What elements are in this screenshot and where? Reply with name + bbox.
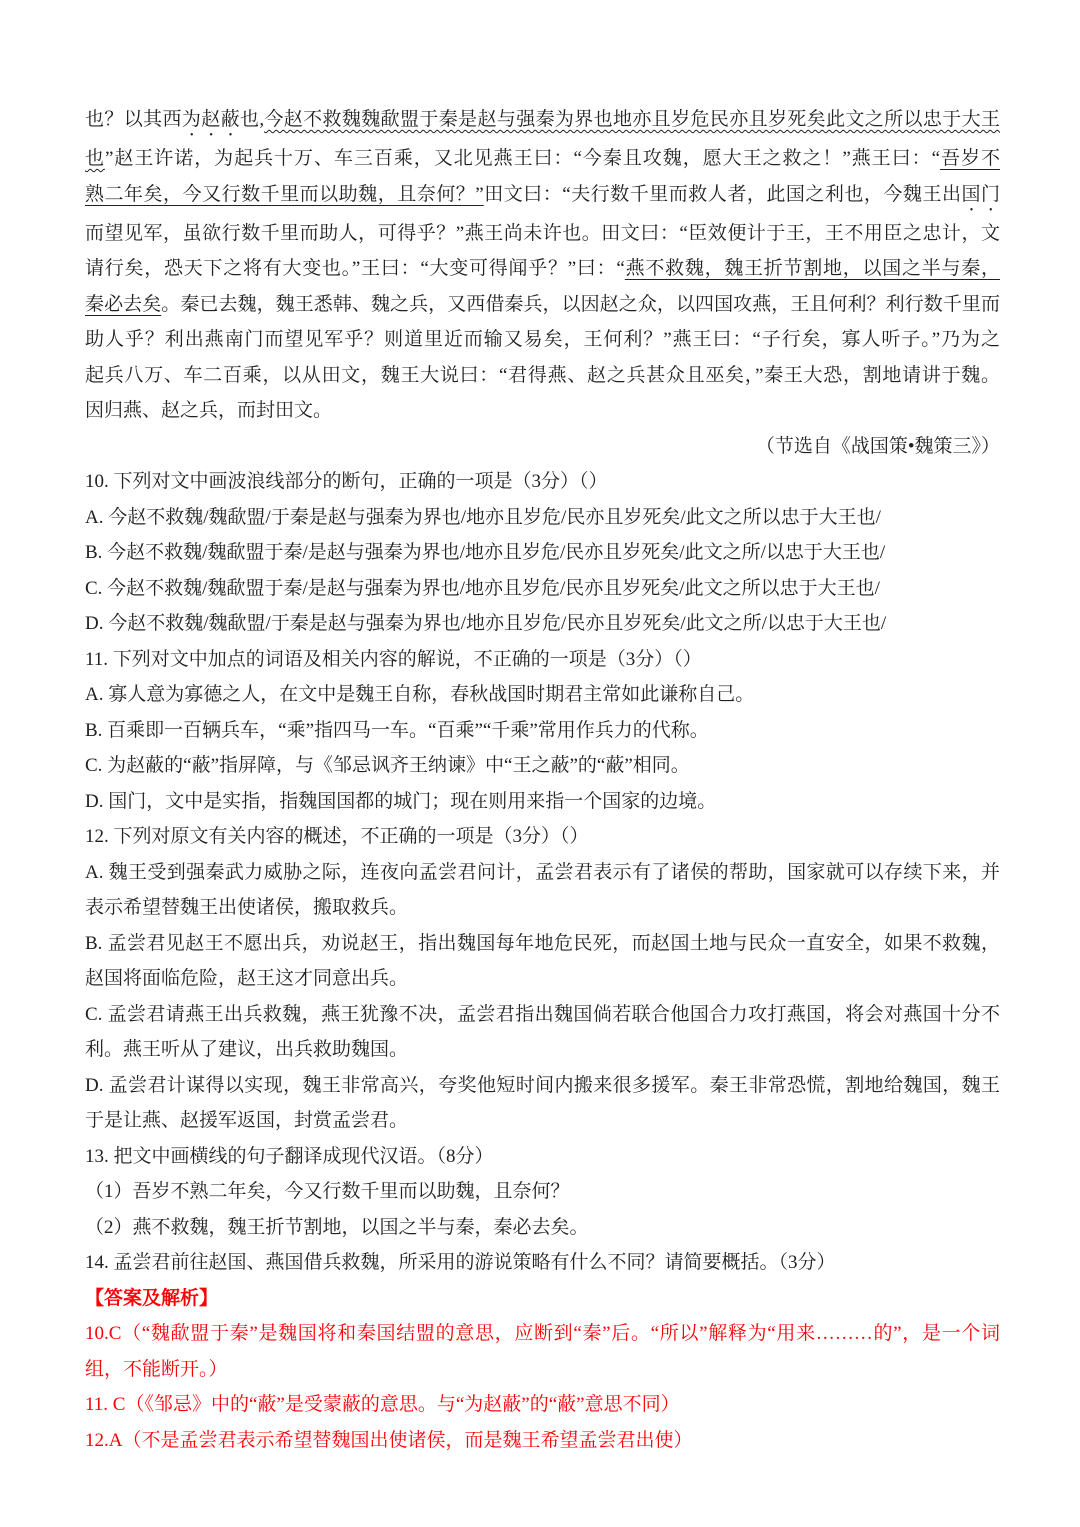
question-option: B. 百乘即一百辆兵车，“乘”指四马一车。“百乘”“千乘”常用作兵力的代称。: [85, 713, 1000, 749]
question-option: A. 寡人意为寡德之人，在文中是魏王自称，春秋战国时期君主常如此谦称自己。: [85, 677, 1000, 713]
question-stem: 10. 下列对文中画波浪线部分的断句，正确的一项是（3分）（）: [85, 464, 1000, 500]
question-option: A. 魏王受到强秦武力威胁之际，连夜向孟尝君问计，孟尝君表示有了诸侯的帮助，国家…: [85, 855, 1000, 926]
attribution: （节选自《战国策•魏策三》）: [85, 429, 1000, 465]
content-area: 也？以其西为赵蔽也,今赵不救魏魏歃盟于秦是赵与强秦为界也地亦且岁危民亦且岁死矣此…: [0, 0, 1080, 1458]
question-option: D. 孟尝君计谋得以实现，魏王非常高兴，夸奖他短时间内搬来很多援军。秦王非常恐慌…: [85, 1068, 1000, 1139]
passage-line: 起兵八万、车二百乘，以从田文，魏王大说曰：“君得燕、赵之兵甚众且巫矣，”秦王大恐…: [85, 358, 1000, 394]
underlined-text: 吾岁不: [940, 148, 1000, 169]
wavy-underlined-text: 今赵不救魏魏歃盟于秦是赵与强秦为界也地亦且岁危民亦且岁死矣此文之所以忠于大王: [264, 109, 1000, 130]
answer-item: 10.C（“魏歃盟于秦”是魏国将和秦国结盟的意思，应断到“秦”后。“所以”解释为…: [85, 1316, 1000, 1387]
passage-text: 田文曰：“夫行数千里而救人者，此国之利也，今魏王出: [484, 184, 962, 205]
answer-items: 10.C（“魏歃盟于秦”是魏国将和秦国结盟的意思，应断到“秦”后。“所以”解释为…: [85, 1316, 1000, 1458]
passage-line: 秦必去矣。秦已去魏，魏王悉韩、魏之兵，又西借秦兵，以因赵之众，以四国攻燕，王且何…: [85, 287, 1000, 323]
passage-text: 也？以其西: [85, 109, 182, 130]
passage-text: 也,: [240, 109, 264, 130]
passage-text: 而望见军，虽欲行数千里而助人，可得乎？”燕王尚未许也。田文曰：“臣效便计于王，王…: [85, 223, 1000, 244]
passage-line: 助人乎？利出燕南门而望见军乎？则道里近而输又易矣，王何利？”燕王曰：“子行矣，寡…: [85, 322, 1000, 358]
question-option: D. 国门，文中是实指，指魏国国都的城门；现在则用来指一个国家的边境。: [85, 784, 1000, 820]
question-option: C. 孟尝君请燕王出兵救魏，燕王犹豫不决，孟尝君指出魏国倘若联合他国合力攻打燕国…: [85, 997, 1000, 1068]
passage-line: 也？以其西为赵蔽也,今赵不救魏魏歃盟于秦是赵与强秦为界也地亦且岁危民亦且岁死矣此…: [85, 102, 1000, 141]
passage-line: 因归燕、赵之兵，而封田文。: [85, 393, 1000, 429]
passage: 也？以其西为赵蔽也,今赵不救魏魏歃盟于秦是赵与强秦为界也地亦且岁危民亦且岁死矣此…: [85, 102, 1000, 429]
passage-text: 起兵八万、车二百乘，以从田文，魏王大说曰：“君得燕、赵之兵甚众且巫矣，”秦王大恐…: [85, 365, 1000, 386]
passage-line: 熟二年矣，今又行数千里而以助魏，且奈何？”田文曰：“夫行数千里而救人者，此国之利…: [85, 177, 1000, 216]
answer-item: 11. C（《邹忌》中的“蔽”是受蒙蔽的意思。与“为赵蔽”的“蔽”意思不同）: [85, 1387, 1000, 1423]
question-option: A. 今赵不救魏/魏歃盟/于秦是赵与强秦为界也/地亦且岁危/民亦且岁死矣/此文之…: [85, 500, 1000, 536]
passage-text: 因归燕、赵之兵，而封田文。: [85, 400, 332, 421]
question-option: C. 为赵蔽的“蔽”指屏障，与《邹忌讽齐王纳谏》中“王之蔽”的“蔽”相同。: [85, 748, 1000, 784]
question-option: （1）吾岁不熟二年矣，今又行数千里而以助魏，且奈何？: [85, 1174, 1000, 1210]
question-option: D. 今赵不救魏/魏歃盟/于秦是赵与强秦为界也/地亦且岁危/民亦且岁死矣/此文之…: [85, 606, 1000, 642]
passage-text: 助人乎？利出燕南门而望见军乎？则道里近而输又易矣，王何利？”燕王曰：“子行矣，寡…: [85, 329, 1000, 350]
passage-text: 。秦已去魏，魏王悉韩、魏之兵，又西借秦兵，以因赵之众，以四国攻燕，王且何利？利行…: [161, 294, 1000, 315]
question-block: 11. 下列对文中加点的词语及相关内容的解说，不正确的一项是（3分）（）A. 寡…: [85, 642, 1000, 820]
underlined-text: 秦必去矣: [85, 294, 161, 315]
question-stem: 13. 把文中画横线的句子翻译成现代汉语。（8分）: [85, 1139, 1000, 1175]
question-stem: 11. 下列对文中加点的词语及相关内容的解说，不正确的一项是（3分）（）: [85, 642, 1000, 678]
question-block: 14. 孟尝君前往赵国、燕国借兵救魏，所采用的游说策略有什么不同？请简要概括。（…: [85, 1245, 1000, 1281]
wavy-underlined-text: 也: [85, 148, 105, 169]
question-block: 12. 下列对原文有关内容的概述，不正确的一项是（3分）（）A. 魏王受到强秦武…: [85, 819, 1000, 1139]
passage-text: ”赵王许诺，为起兵十万、车三百乘，又北见燕王曰：“今秦且攻魏，愿大王之救之！”燕…: [105, 148, 940, 169]
underlined-text: 熟二年矣，今又行数千里而以助魏，且奈何？”: [85, 184, 484, 205]
passage-text: 请行矣，恐天下之将有大变也。”王曰：“大变可得闻乎？”曰：“: [85, 258, 625, 279]
answer-item: 12.A（不是孟尝君表示希望替魏国出使诸侯，而是魏王希望孟尝君出使）: [85, 1423, 1000, 1459]
answers-heading: 【答案及解析】: [85, 1281, 1000, 1317]
document-page: 也？以其西为赵蔽也,今赵不救魏魏歃盟于秦是赵与强秦为界也地亦且岁危民亦且岁死矣此…: [0, 0, 1080, 1527]
questions: 10. 下列对文中画波浪线部分的断句，正确的一项是（3分）（）A. 今赵不救魏/…: [85, 464, 1000, 1281]
underlined-text: 燕不救魏，魏王折节割地，以国之半与秦，: [625, 258, 1000, 279]
passage-line: 也”赵王许诺，为起兵十万、车三百乘，又北见燕王曰：“今秦且攻魏，愿大王之救之！”…: [85, 141, 1000, 177]
passage-line: 请行矣，恐天下之将有大变也。”王曰：“大变可得闻乎？”曰：“燕不救魏，魏王折节割…: [85, 251, 1000, 287]
question-stem: 12. 下列对原文有关内容的概述，不正确的一项是（3分）（）: [85, 819, 1000, 855]
question-stem: 14. 孟尝君前往赵国、燕国借兵救魏，所采用的游说策略有什么不同？请简要概括。（…: [85, 1245, 1000, 1281]
dotted-emphasis-text: 为赵蔽: [182, 109, 240, 130]
question-option: （2）燕不救魏，魏王折节割地，以国之半与秦，秦必去矣。: [85, 1210, 1000, 1246]
question-option: B. 今赵不救魏/魏歃盟于秦/是赵与强秦为界也/地亦且岁危/民亦且岁死矣/此文之…: [85, 535, 1000, 571]
answers-section: 【答案及解析】 10.C（“魏歃盟于秦”是魏国将和秦国结盟的意思，应断到“秦”后…: [85, 1281, 1000, 1459]
passage-line: 而望见军，虽欲行数千里而助人，可得乎？”燕王尚未许也。田文曰：“臣效便计于王，王…: [85, 216, 1000, 252]
question-option: B. 孟尝君见赵王不愿出兵，劝说赵王，指出魏国每年地危民死，而赵国土地与民众一直…: [85, 926, 1000, 997]
question-block: 10. 下列对文中画波浪线部分的断句，正确的一项是（3分）（）A. 今赵不救魏/…: [85, 464, 1000, 642]
question-option: C. 今赵不救魏/魏歃盟于秦/是赵与强秦为界也/地亦且岁危/民亦且岁死矣/此文之…: [85, 571, 1000, 607]
dotted-emphasis-text: 国门: [961, 184, 1000, 205]
question-block: 13. 把文中画横线的句子翻译成现代汉语。（8分）（1）吾岁不熟二年矣，今又行数…: [85, 1139, 1000, 1246]
